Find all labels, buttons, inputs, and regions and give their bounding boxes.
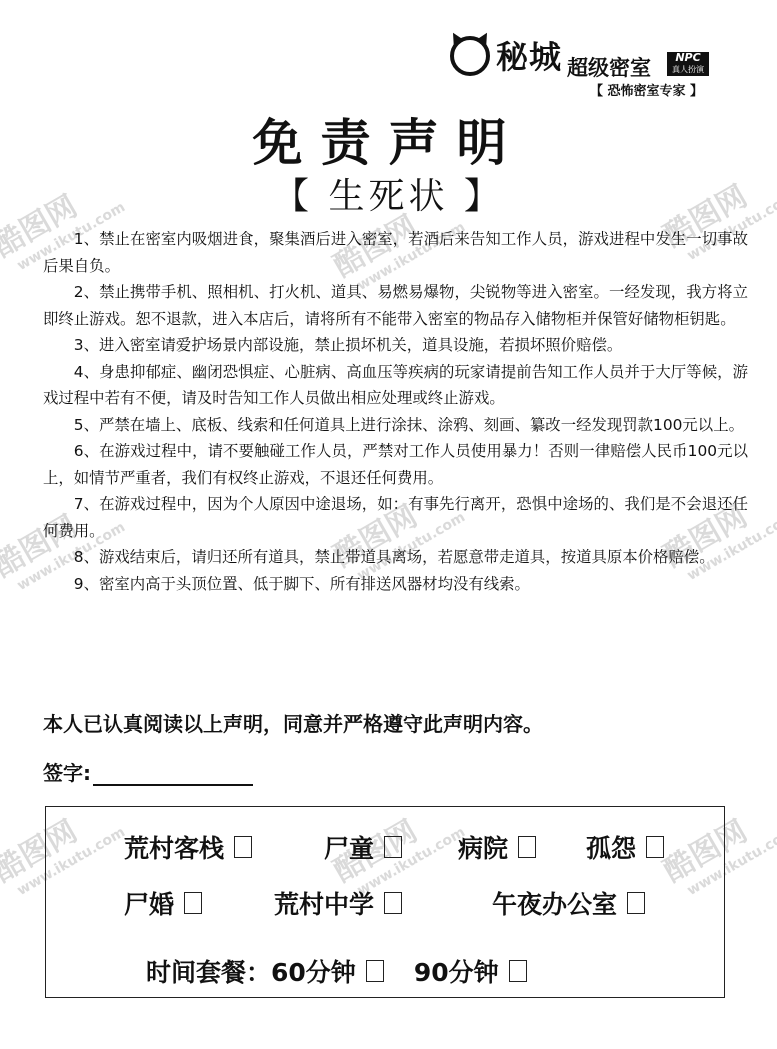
- room-selection-box: 荒村客栈 尸童 病院 孤怨 尸婚 荒村中学 午夜办公室 时间套餐： 60分钟 9…: [45, 806, 725, 998]
- brand-logo: 秘城 超级密室 NPC真人扮演 【 恐怖密室专家 】: [450, 30, 730, 100]
- clause-item: 6、在游戏过程中，请不要触碰工作人员，严禁对工作人员使用暴力！否则一律赔偿人民币…: [43, 438, 748, 491]
- signature-field[interactable]: [93, 764, 253, 786]
- clause-list: 1、禁止在密室内吸烟进食，聚集酒后进入密室，若酒后来告知工作人员，游戏进程中发生…: [43, 226, 748, 597]
- clause-item: 4、身患抑郁症、幽闭恐惧症、心脏病、高血压等疾病的玩家请提前告知工作人员并于大厅…: [43, 359, 748, 412]
- checkbox[interactable]: [366, 960, 384, 982]
- signature-label: 签字:: [43, 757, 91, 786]
- devil-mask-icon: [450, 36, 490, 76]
- agreement-statement: 本人已认真阅读以上声明，同意并严格遵守此声明内容。: [43, 708, 543, 737]
- room-option[interactable]: 尸童: [324, 829, 402, 865]
- clause-item: 2、禁止携带手机、照相机、打火机、道具、易燃易爆物，尖锐物等进入密室。一经发现，…: [43, 279, 748, 332]
- clause-item: 9、密室内高于头顶位置、低于脚下、所有排送风器材均没有线索。: [43, 571, 748, 598]
- room-option[interactable]: 病院: [458, 829, 536, 865]
- page-subtitle: 【 生死状 】: [0, 168, 777, 219]
- logo-tagline: 【 恐怖密室专家 】: [590, 80, 703, 99]
- signature-row: 签字:: [43, 757, 253, 786]
- clause-item: 3、进入密室请爱护场景内部设施，禁止损坏机关，道具设施，若损坏照价赔偿。: [43, 332, 748, 359]
- logo-brand-name: 秘城: [496, 32, 562, 78]
- time-package-label: 时间套餐：: [146, 953, 271, 989]
- logo-subtitle: 超级密室: [567, 52, 651, 82]
- clause-item: 5、严禁在墙上、底板、线索和任何道具上进行涂抹、涂鸦、刻画、纂改一经发现罚款10…: [43, 412, 748, 439]
- time-option[interactable]: 60分钟: [271, 953, 384, 989]
- checkbox[interactable]: [509, 960, 527, 982]
- checkbox[interactable]: [234, 836, 252, 858]
- clause-item: 8、游戏结束后，请归还所有道具，禁止带道具离场，若愿意带走道具，按道具原本价格赔…: [43, 544, 748, 571]
- room-option[interactable]: 尸婚: [124, 885, 202, 921]
- room-option[interactable]: 荒村中学: [274, 885, 402, 921]
- checkbox[interactable]: [646, 836, 664, 858]
- room-option[interactable]: 午夜办公室: [492, 885, 645, 921]
- room-option[interactable]: 孤怨: [586, 829, 664, 865]
- checkbox[interactable]: [518, 836, 536, 858]
- checkbox[interactable]: [384, 836, 402, 858]
- time-option[interactable]: 90分钟: [414, 953, 527, 989]
- clause-item: 1、禁止在密室内吸烟进食，聚集酒后进入密室，若酒后来告知工作人员，游戏进程中发生…: [43, 226, 748, 279]
- npc-badge: NPC真人扮演: [667, 52, 709, 76]
- page-title: 免责声明: [0, 103, 777, 175]
- checkbox[interactable]: [384, 892, 402, 914]
- checkbox[interactable]: [627, 892, 645, 914]
- checkbox[interactable]: [184, 892, 202, 914]
- clause-item: 7、在游戏过程中，因为个人原因中途退场，如：有事先行离开，恐惧中途场的、我们是不…: [43, 491, 748, 544]
- room-option[interactable]: 荒村客栈: [124, 829, 252, 865]
- time-package-row: 时间套餐： 60分钟 90分钟: [146, 953, 527, 989]
